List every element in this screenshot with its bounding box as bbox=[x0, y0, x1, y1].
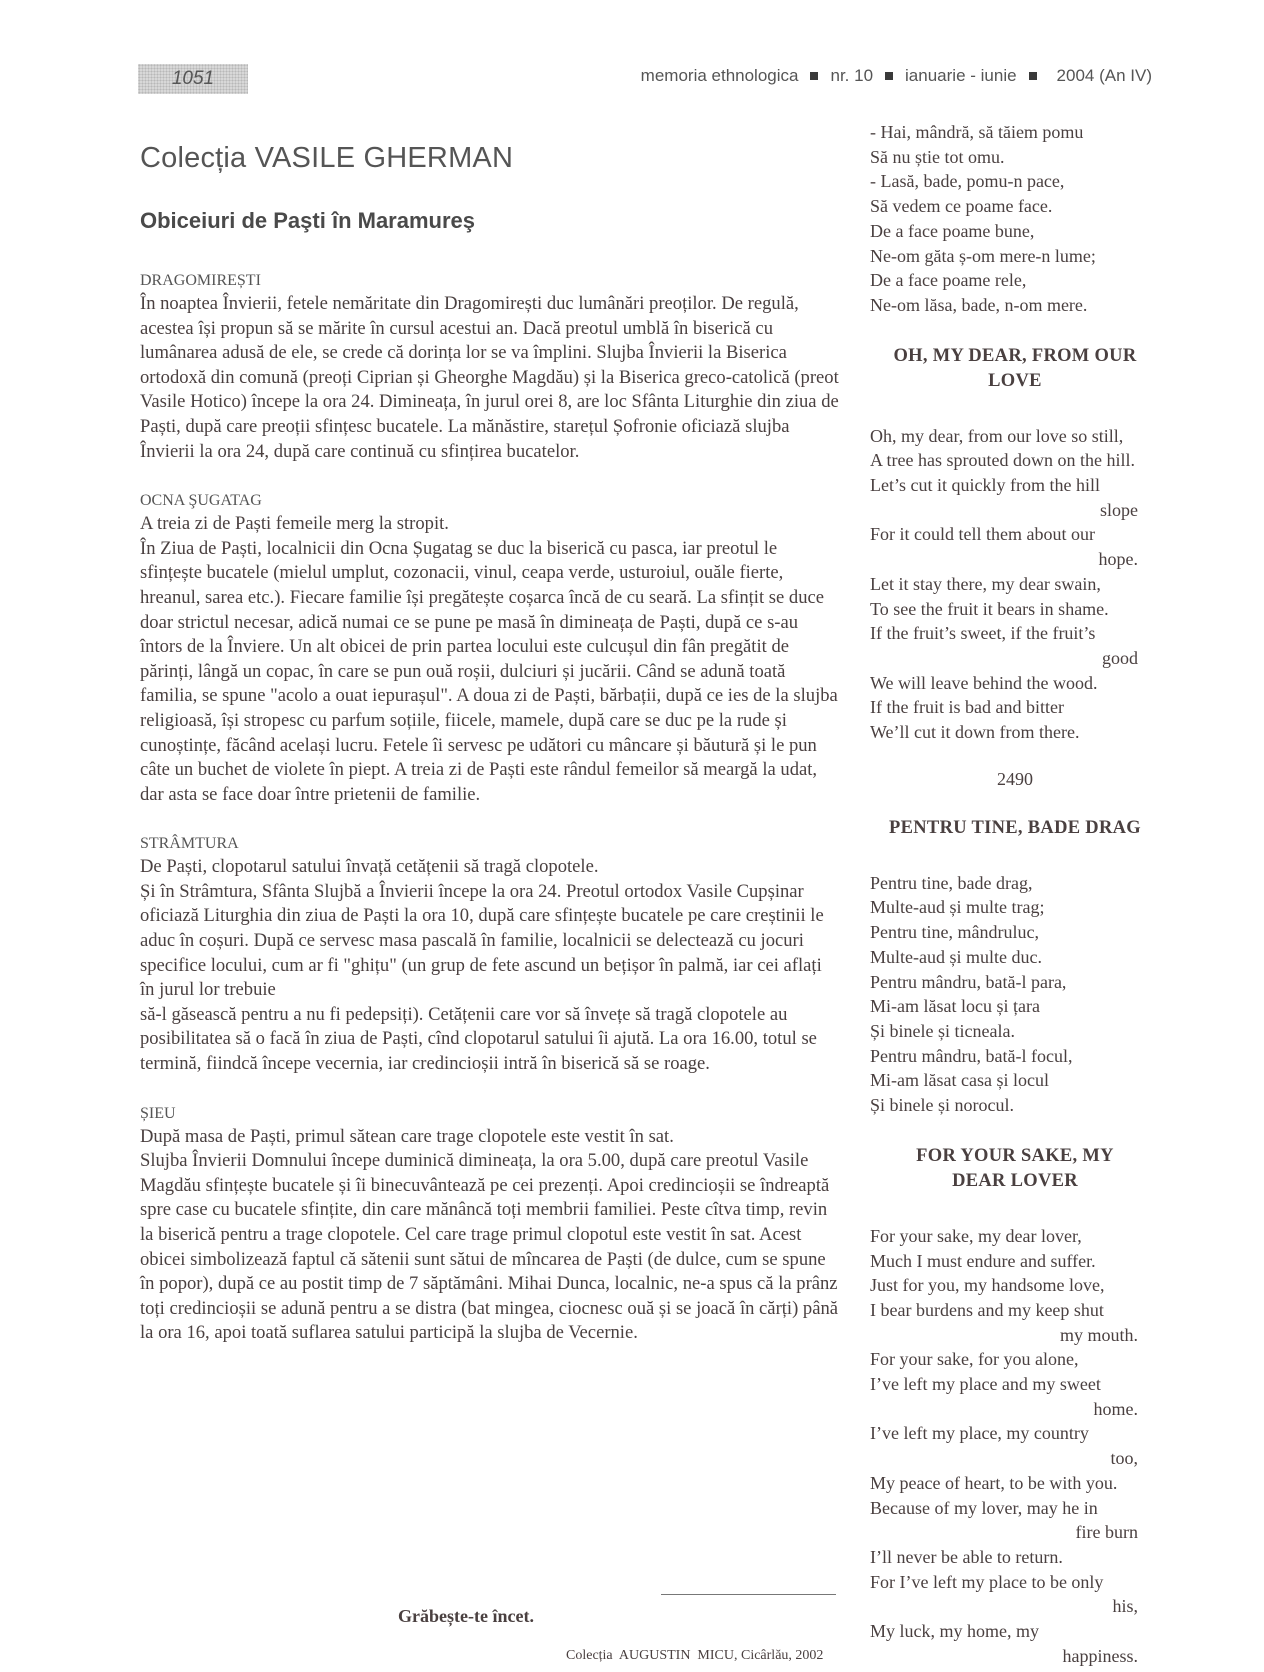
paragraph: Și în Strâmtura, Sfânta Slujbă a Învieri… bbox=[140, 880, 840, 1003]
issue-year: 2004 (An IV) bbox=[1057, 66, 1152, 86]
verse-line: For your sake, my dear lover, bbox=[870, 1224, 1160, 1249]
divider-rule bbox=[661, 1594, 836, 1595]
journal-name: memoria ethnologica bbox=[641, 66, 799, 86]
verse-line-continuation: fire burn bbox=[870, 1520, 1160, 1545]
paragraph: După masa de Paști, primul sătean care t… bbox=[140, 1125, 840, 1150]
page-number: 1051 bbox=[172, 68, 214, 90]
song-verse: For your sake, my dear lover, Much I mus… bbox=[870, 1224, 1160, 1669]
paragraph: În noaptea Învierii, fetele nemăritate d… bbox=[140, 292, 840, 464]
song-title: PENTRU TINE, BADE DRAG bbox=[870, 816, 1160, 841]
verse-line: I’ve left my place, my country bbox=[870, 1421, 1160, 1446]
song-verse: Oh, my dear, from our love so still, A t… bbox=[870, 424, 1160, 745]
verse-line: If the fruit’s sweet, if the fruit’s bbox=[870, 621, 1160, 646]
verse-line: De a face poame bune, bbox=[870, 219, 1160, 244]
verse-line: A tree has sprouted down on the hill. bbox=[870, 448, 1160, 473]
song-number: 2490 bbox=[870, 769, 1160, 790]
collection-title: Colecția VASILE GHERMAN bbox=[140, 142, 840, 175]
verse-line: I’ve left my place and my sweet bbox=[870, 1372, 1160, 1397]
verse-line: We will leave behind the wood. bbox=[870, 671, 1160, 696]
verse-line: My luck, my home, my bbox=[870, 1619, 1160, 1644]
paragraph: De Paști, clopotarul satului învață cetă… bbox=[140, 855, 840, 880]
square-bullet-icon bbox=[885, 72, 893, 80]
paragraph: să-l găsească pentru a nu fi pedepsiți).… bbox=[140, 1003, 840, 1077]
article-title: Obiceiuri de Paşti în Maramureş bbox=[140, 208, 840, 234]
verse-line: De a face poame rele, bbox=[870, 268, 1160, 293]
verse-line-continuation: his, bbox=[870, 1594, 1160, 1619]
verse-line-continuation: slope bbox=[870, 498, 1160, 523]
verse-line: Let’s cut it quickly from the hill bbox=[870, 473, 1160, 498]
page-number-badge: 1051 bbox=[138, 64, 248, 94]
issue-period: ianuarie - iunie bbox=[905, 66, 1017, 86]
square-bullet-icon bbox=[810, 72, 818, 80]
verse-line: Să vedem ce poame face. bbox=[870, 194, 1160, 219]
verse-line: - Hai, mândră, să tăiem pomu bbox=[870, 120, 1160, 145]
place-heading: ȘIEU bbox=[140, 1103, 840, 1125]
verse-line-continuation: too, bbox=[870, 1446, 1160, 1471]
verse-line: Să nu știe tot omu. bbox=[870, 145, 1160, 170]
verse-line: Pentru mândru, bată-l para, bbox=[870, 970, 1160, 995]
verse-line: Multe-aud și multe trag; bbox=[870, 895, 1160, 920]
song-verse: Pentru tine, bade drag, Multe-aud și mul… bbox=[870, 871, 1160, 1118]
verse-line: I’ll never be able to return. bbox=[870, 1545, 1160, 1570]
verse-line-continuation: good bbox=[870, 646, 1160, 671]
running-header: memoria ethnologica nr. 10 ianuarie - iu… bbox=[641, 66, 1152, 86]
song-title: FOR YOUR SAKE, MY DEAR LOVER bbox=[870, 1144, 1160, 1194]
proverb: Grăbește-te încet. bbox=[398, 1606, 534, 1627]
verse-line: My peace of heart, to be with you. bbox=[870, 1471, 1160, 1496]
verse-line: Pentru tine, bade drag, bbox=[870, 871, 1160, 896]
paragraph: A treia zi de Paști femeile merg la stro… bbox=[140, 512, 840, 537]
verse-line-continuation: happiness. bbox=[870, 1644, 1160, 1669]
verse-top: - Hai, mândră, să tăiem pomu Să nu știe … bbox=[870, 120, 1160, 318]
verse-line: Because of my lover, may he in bbox=[870, 1496, 1160, 1521]
article-column: Colecția VASILE GHERMAN Obiceiuri de Paş… bbox=[140, 136, 840, 1346]
verse-line: Oh, my dear, from our love so still, bbox=[870, 424, 1160, 449]
verse-line-continuation: hope. bbox=[870, 547, 1160, 572]
verse-line: If the fruit is bad and bitter bbox=[870, 695, 1160, 720]
verse-line: We’ll cut it down from there. bbox=[870, 720, 1160, 745]
verse-line-continuation: my mouth. bbox=[870, 1323, 1160, 1348]
verse-line: I bear burdens and my keep shut bbox=[870, 1298, 1160, 1323]
verse-line: Ne-om lăsa, bade, n-om mere. bbox=[870, 293, 1160, 318]
section-dragomiresti: DRAGOMIREȘTI În noaptea Învierii, fetele… bbox=[140, 270, 840, 464]
verse-line: Ne-om găta ș-om mere-n lume; bbox=[870, 244, 1160, 269]
verse-line: Just for you, my handsome love, bbox=[870, 1273, 1160, 1298]
paragraph: Slujba Învierii Domnului începe duminică… bbox=[140, 1149, 840, 1346]
place-heading: DRAGOMIREȘTI bbox=[140, 270, 840, 292]
section-ocna-sugatag: OCNA ŞUGATAG A treia zi de Paști femeile… bbox=[140, 490, 840, 807]
verse-line: For your sake, for you alone, bbox=[870, 1347, 1160, 1372]
verse-line: Pentru tine, mândruluc, bbox=[870, 920, 1160, 945]
verse-line: Și binele și norocul. bbox=[870, 1093, 1160, 1118]
issue-number: nr. 10 bbox=[830, 66, 873, 86]
article-body: DRAGOMIREȘTI În noaptea Învierii, fetele… bbox=[140, 270, 840, 1346]
collection-credit: Colecția AUGUSTIN MICU, Cicârlău, 2002 bbox=[566, 1648, 823, 1664]
verse-line: Let it stay there, my dear swain, bbox=[870, 572, 1160, 597]
section-sieu: ȘIEU După masa de Paști, primul sătean c… bbox=[140, 1103, 840, 1346]
verse-line: For it could tell them about our bbox=[870, 522, 1160, 547]
section-stramtura: STRÂMTURA De Paști, clopotarul satului î… bbox=[140, 833, 840, 1076]
paragraph: În Ziua de Paști, localnicii din Ocna Șu… bbox=[140, 537, 840, 808]
verse-line: Mi-am lăsat locu și țara bbox=[870, 994, 1160, 1019]
verse-line-continuation: home. bbox=[870, 1397, 1160, 1422]
verse-line: Și binele și ticneala. bbox=[870, 1019, 1160, 1044]
verse-line: Mi-am lăsat casa și locul bbox=[870, 1068, 1160, 1093]
verse-line: - Lasă, bade, pomu-n pace, bbox=[870, 169, 1160, 194]
square-bullet-icon bbox=[1029, 72, 1037, 80]
verse-line: Multe-aud și multe duc. bbox=[870, 945, 1160, 970]
verse-column: - Hai, mândră, să tăiem pomu Să nu știe … bbox=[870, 120, 1160, 1668]
place-heading: STRÂMTURA bbox=[140, 833, 840, 855]
verse-line: To see the fruit it bears in shame. bbox=[870, 597, 1160, 622]
verse-line: Pentru mândru, bată-l focul, bbox=[870, 1044, 1160, 1069]
place-heading: OCNA ŞUGATAG bbox=[140, 490, 840, 512]
verse-line: For I’ve left my place to be only bbox=[870, 1570, 1160, 1595]
verse-line: Much I must endure and suffer. bbox=[870, 1249, 1160, 1274]
song-title: OH, MY DEAR, FROM OUR LOVE bbox=[870, 344, 1160, 394]
